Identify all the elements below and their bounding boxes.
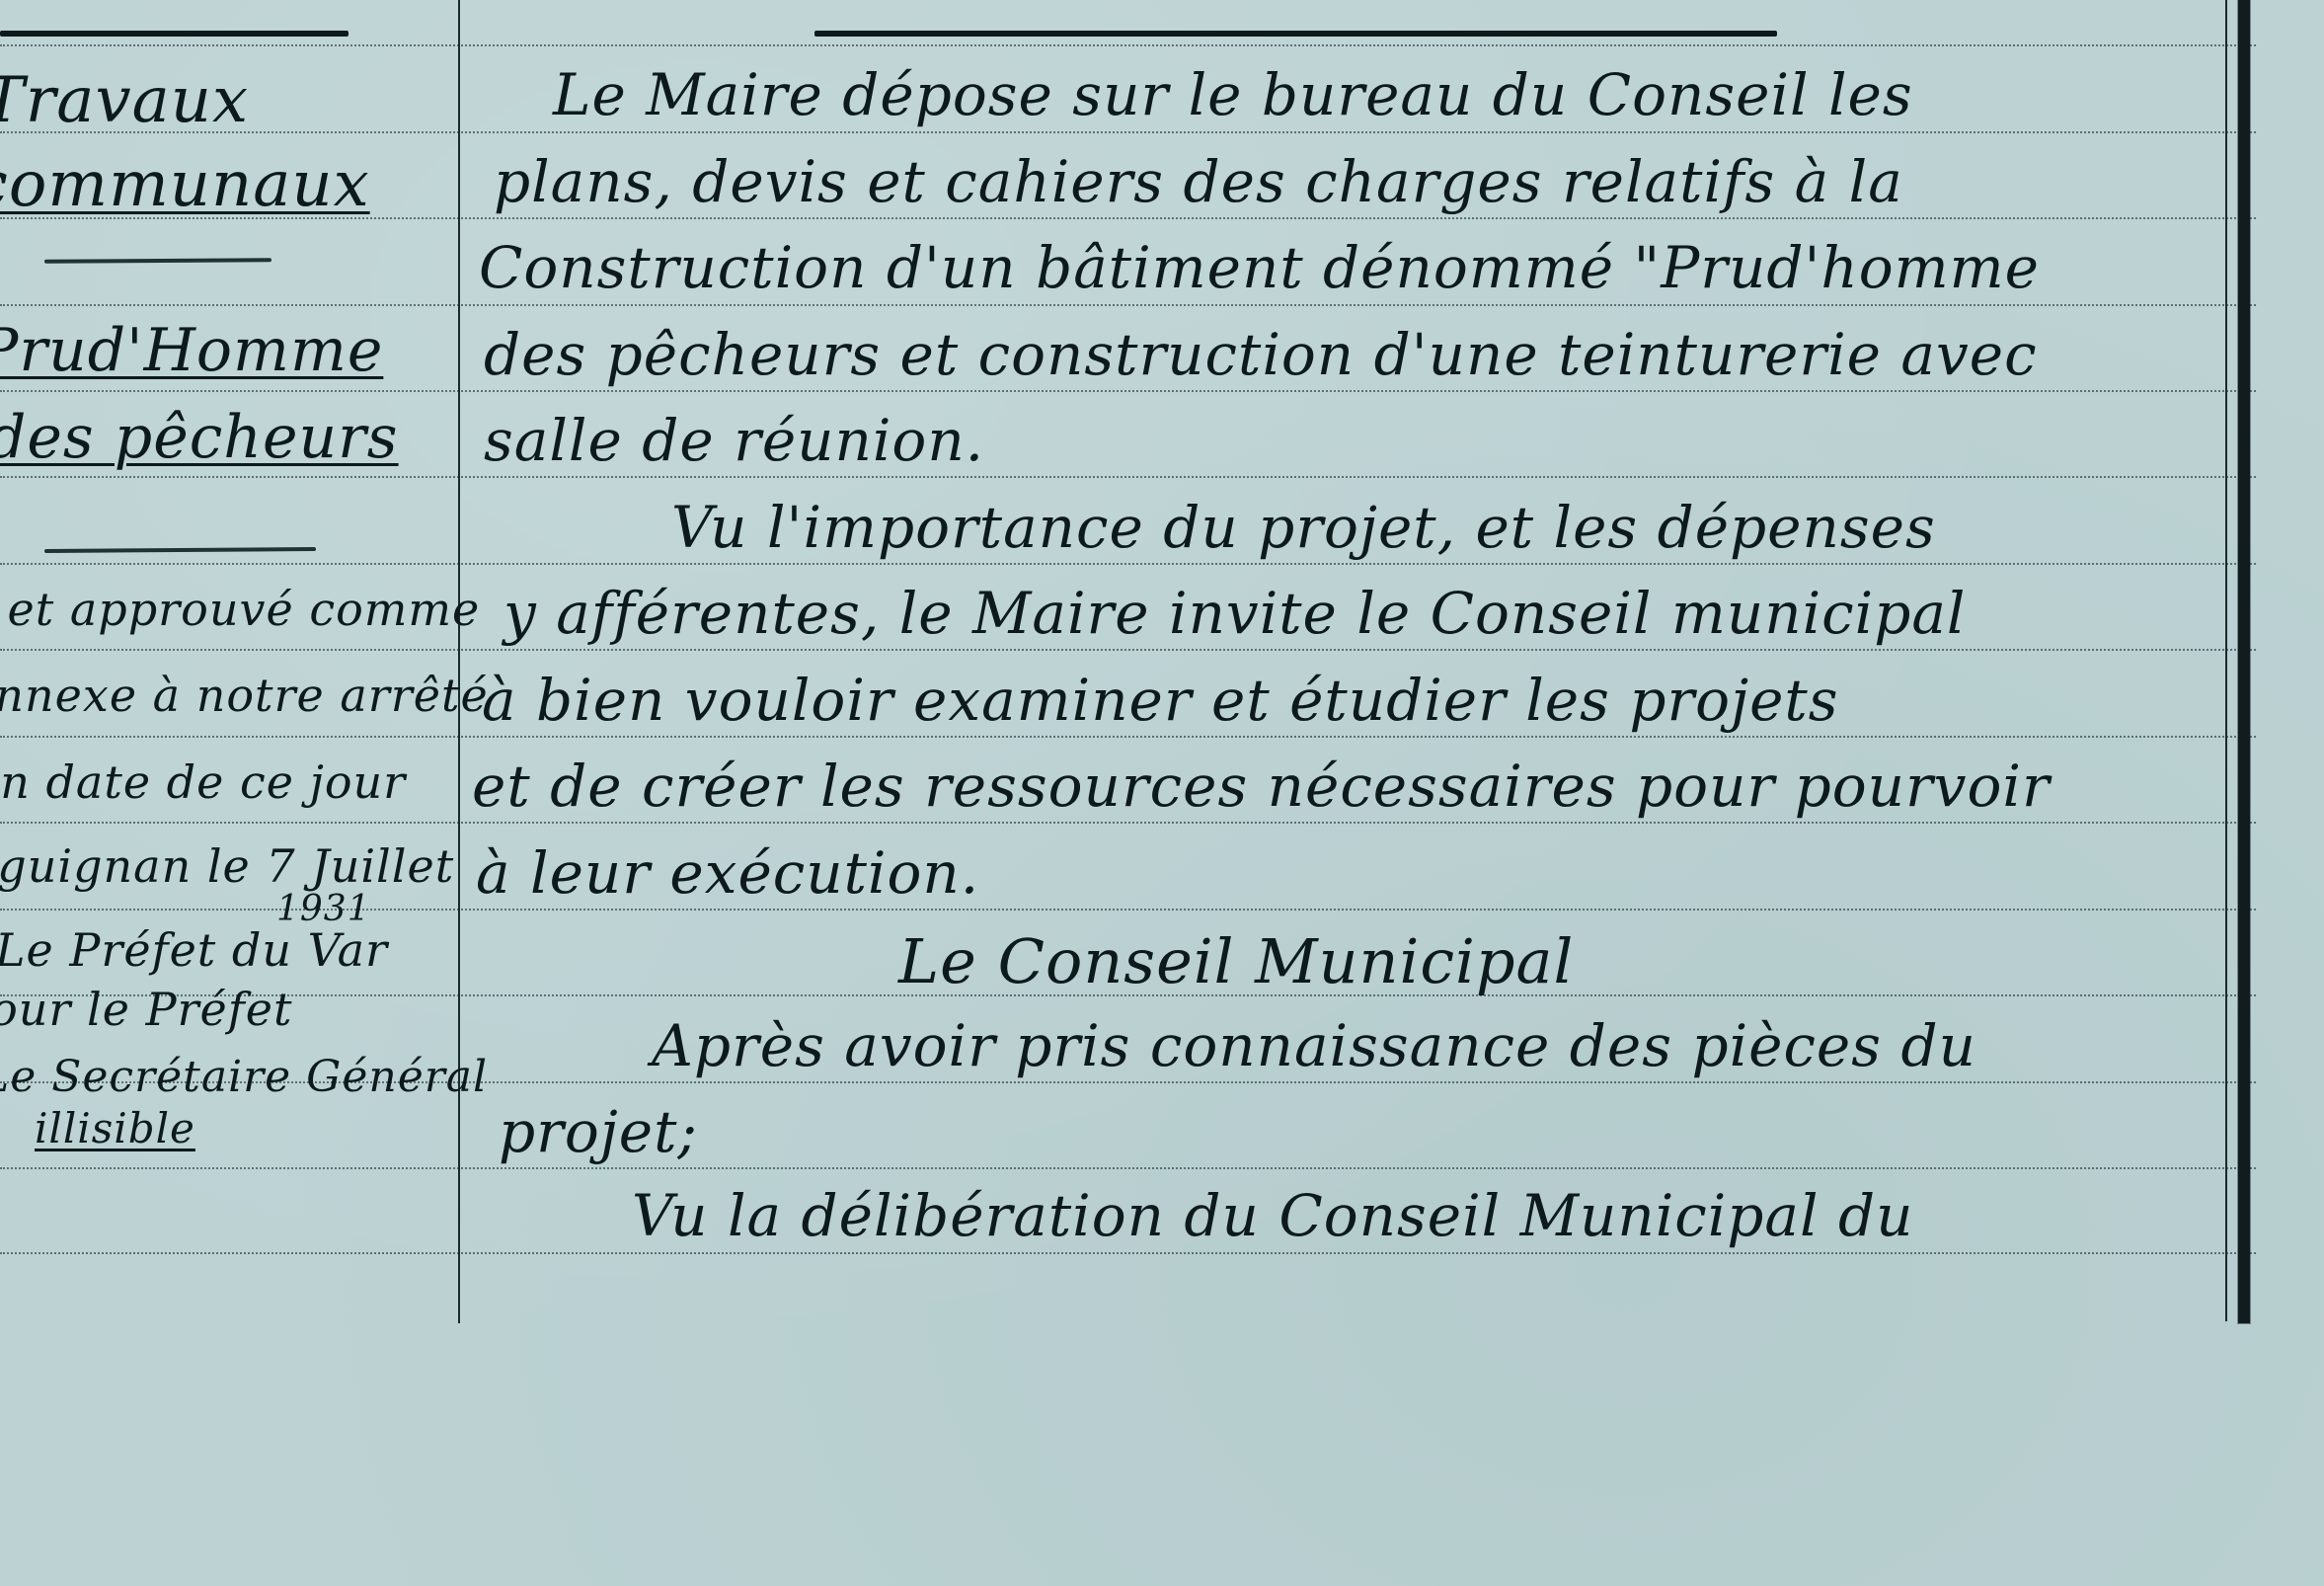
body-line-4: des pêcheurs et construction d'une teint… [484, 321, 2038, 388]
margin-approval-signature: illisible [35, 1104, 195, 1152]
body-line-8: à bien vouloir examiner et étudier les p… [482, 667, 1838, 734]
margin-heading-line-1: Travaux [0, 64, 249, 137]
margin-subject-line-2: des pêcheurs [0, 403, 399, 472]
margin-column-divider [458, 0, 460, 1323]
top-rule-right [814, 31, 1777, 37]
top-rule-left [0, 31, 349, 37]
margin-approval-line-2: annexe à notre arrêté [0, 669, 489, 722]
body-line-10: à leur exécution. [476, 839, 979, 907]
margin-approval-line-1: Vu et approuvé comme [0, 583, 480, 636]
body-line-1: Le Maire dépose sur le bureau du Conseil… [553, 61, 1913, 128]
right-border-thick [2238, 0, 2250, 1323]
body-line-6: Vu l'importance du projet, et les dépens… [671, 494, 1936, 561]
body-line-2: plans, devis et cahiers des charges rela… [494, 148, 1903, 215]
margin-approval-line-7: Le Secrétaire Général [0, 1052, 488, 1102]
body-line-3: Construction d'un bâtiment dénommé "Prud… [479, 234, 2040, 301]
body-line-9: et de créer les ressources nécessaires p… [472, 753, 2051, 820]
margin-subject-line-1: Prud'Homme [0, 316, 383, 385]
margin-approval-line-5: Le Préfet du Var [0, 923, 388, 977]
body-line-7: y afférentes, le Maire invite le Conseil… [504, 580, 1966, 647]
margin-approval-line-4: Draguignan le 7 Juillet [0, 839, 454, 893]
body-line-12: Après avoir pris connaissance des pièces… [652, 1012, 1976, 1079]
body-heading-conseil-municipal: Le Conseil Municipal [898, 925, 1574, 997]
margin-heading-line-2: communaux [0, 148, 370, 221]
margin-approval-line-3: en date de ce jour [0, 755, 406, 809]
body-line-5: salle de réunion. [484, 407, 984, 474]
margin-approval-line-6: Pour le Préfet [0, 983, 292, 1036]
right-border-thin [2225, 0, 2227, 1321]
body-line-14: Vu la délibération du Conseil Municipal … [632, 1182, 1913, 1249]
body-line-13: projet; [499, 1098, 698, 1165]
